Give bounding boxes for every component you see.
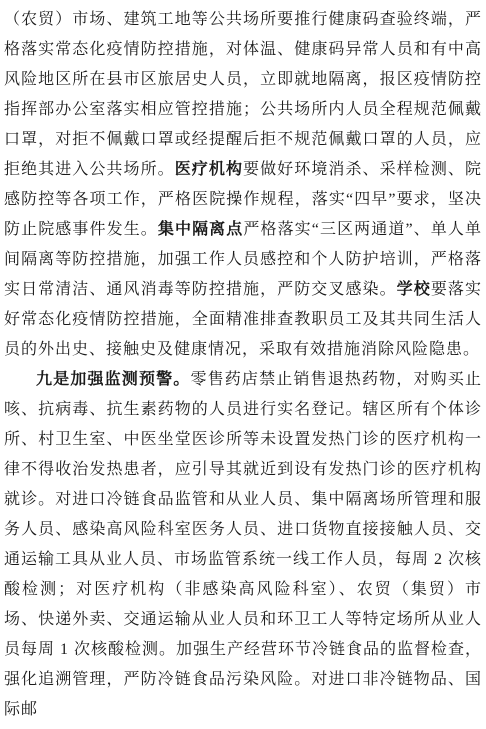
emphasis-run: 集中隔离点 [158, 221, 244, 238]
paragraph-2: 九是加强监测预警。零售药店禁止销售退热药物，对购买止咳、抗病毒、抗生素药物的人员… [4, 365, 482, 725]
emphasis-run: 学校 [397, 281, 431, 298]
paragraph-1: （农贸）市场、建筑工地等公共场所要推行健康码查验终端，严格落实常态化疫情防控措施… [4, 5, 482, 365]
text-run: （农贸）市场、建筑工地等公共场所要推行健康码查验终端，严格落实常态化疫情防控措施… [4, 11, 482, 178]
emphasis-run: 九是加强监测预警。 [36, 371, 190, 388]
document-page: （农贸）市场、建筑工地等公共场所要推行健康码查验终端，严格落实常态化疫情防控措施… [0, 0, 486, 729]
emphasis-run: 医疗机构 [175, 161, 243, 178]
text-run: 零售药店禁止销售退热药物，对购买止咳、抗病毒、抗生素药物的人员进行实名登记。辖区… [4, 371, 482, 718]
document-text: （农贸）市场、建筑工地等公共场所要推行健康码查验终端，严格落实常态化疫情防控措施… [4, 5, 482, 725]
